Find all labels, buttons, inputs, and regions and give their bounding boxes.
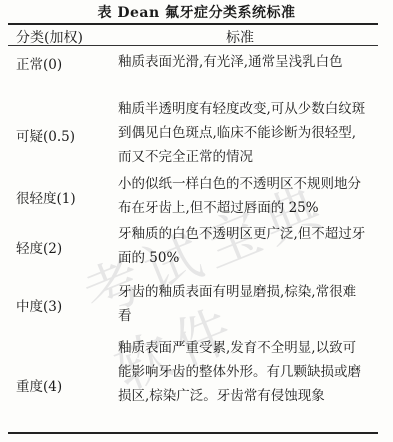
header-rule xyxy=(8,45,378,46)
row-standard: 釉质半透明度有轻度改变,可从少数白纹斑到偶见白色斑点,临床不能诊断为很轻型,而又… xyxy=(118,97,366,169)
row-category: 轻度(2) xyxy=(16,237,62,257)
row-standard: 釉质表面严重受累,发育不全明显,以致可能影响牙齿的整体外形。有几颗缺损或磨损区,… xyxy=(118,336,366,408)
table-title: 表 Dean 氟牙症分类系统标准 xyxy=(0,2,393,22)
row-category: 中度(3) xyxy=(16,295,62,315)
bottom-rule xyxy=(8,432,378,434)
row-standard: 釉质表面光滑,有光泽,通常呈浅乳白色 xyxy=(118,50,366,74)
row-category: 可疑(0.5) xyxy=(16,125,75,145)
header-standard: 标准 xyxy=(226,27,254,47)
row-standard: 小的似纸一样白色的不透明区不规则地分布在牙齿上,但不超过唇面的 25% xyxy=(118,172,366,220)
top-rule xyxy=(8,23,378,25)
row-category: 很轻度(1) xyxy=(16,187,76,207)
header-category: 分类(加权) xyxy=(16,27,83,47)
row-category: 正常(0) xyxy=(16,53,62,73)
row-standard: 牙釉质的白色不透明区更广泛,但不超过牙面的 50% xyxy=(118,222,366,270)
row-standard: 牙齿的釉质表面有明显磨损,棕染,常很难看 xyxy=(118,280,366,328)
row-category: 重度(4) xyxy=(16,375,62,395)
